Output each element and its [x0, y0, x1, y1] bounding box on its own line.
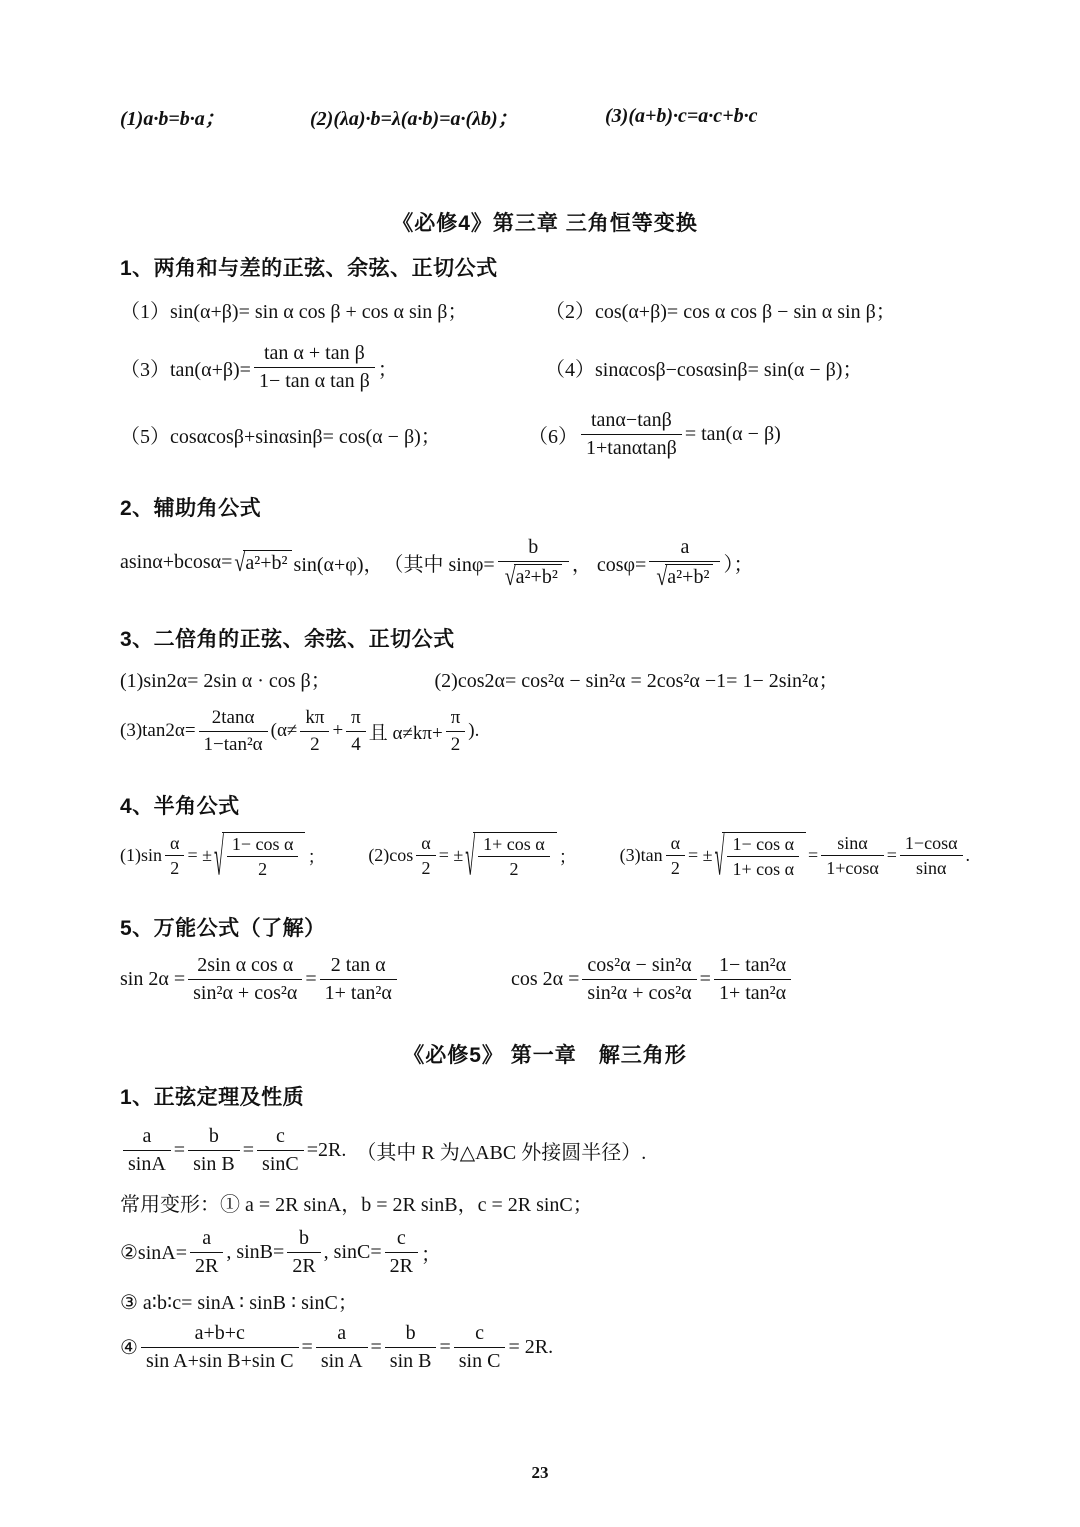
numerator: c	[385, 1227, 418, 1252]
square-root: √ 1− cos α 2	[214, 832, 305, 880]
numerator: tanα−tanβ	[581, 409, 682, 434]
fraction: 2sin α cos α sin²α + cos²α	[188, 954, 302, 1005]
square-root: √ a²+b²	[656, 564, 713, 589]
square-root: √ 1+ cos α 2	[465, 832, 556, 880]
section5-heading: 5、万能公式（了解）	[120, 912, 970, 942]
sine-rule-variant-4: ④ a+b+c sin A+sin B+sin C = a sin A = b …	[120, 1322, 970, 1373]
denominator: sin C	[454, 1347, 506, 1373]
denominator: 2R	[385, 1252, 418, 1278]
fraction: b √ a²+b²	[498, 536, 569, 589]
formula-tan-half: (3)tan α 2 = ± √ 1− cos α 1+ cos α = sin…	[620, 832, 970, 880]
sine-rule-note: （其中 R 为△ABC 外接圆半径）.	[356, 1136, 646, 1165]
numerator: 2tanα	[199, 707, 268, 731]
formula-dot-scalar: (2)(λa)·b=λ(a·b)=a·(λb)；	[310, 102, 605, 131]
radical-icon: √	[465, 831, 475, 883]
square-root: √ a²+b²	[234, 550, 291, 575]
denominator: 4	[346, 731, 366, 756]
numerator: 1− tan²α	[714, 954, 791, 979]
numerator: cos²α − sin²α	[582, 954, 696, 979]
numerator: b	[287, 1227, 320, 1252]
numerator: b	[498, 536, 569, 561]
formula-cos-half: (2)cos α 2 = ± √ 1+ cos α 2 ；	[368, 832, 576, 880]
radical-icon: √	[214, 831, 224, 883]
fraction: α 2	[416, 833, 435, 879]
page-number: 23	[0, 1463, 1080, 1483]
section1-heading: 1、两角和与差的正弦、余弦、正切公式	[120, 252, 970, 282]
radical-icon: √	[656, 564, 667, 590]
formula-sin2a-universal: sin 2α = 2sin α cos α sin²α + cos²α = 2 …	[120, 954, 511, 1005]
document-page: (1)a·b=b·a； (2)(λa)·b=λ(a·b)=a·(λb)； (3)…	[0, 0, 1080, 1527]
formula-dot-commutative: (1)a·b=b·a；	[120, 102, 310, 131]
denominator: 2R	[287, 1252, 320, 1278]
auxiliary-angle-formula: asinα+bcosα= √ a²+b² sin(α+φ)， （其中 sinφ=…	[120, 536, 970, 589]
fraction: a+b+c sin A+sin B+sin C	[141, 1322, 299, 1373]
double-angle-row1: (1)sin2α= 2sin α · cos β； (2)cos2α= cos²…	[120, 664, 970, 693]
section2-heading: 2、辅助角公式	[120, 492, 970, 522]
fraction: 1+ cos α 2	[478, 834, 550, 880]
formula-tan-diff: （6） tanα−tanβ 1+tanαtanβ = tan(α − β)	[528, 409, 781, 460]
denominator: sin²α + cos²α	[188, 979, 302, 1005]
numerator: c	[257, 1125, 304, 1150]
fraction: 1− cos α 1+ cos α	[727, 834, 799, 880]
numerator: π	[446, 707, 466, 731]
fraction: sinα 1+cosα	[821, 833, 884, 879]
formula-dot-distributive: (3)(a+b)·c=a·c+b·c	[605, 105, 757, 128]
numerator: a	[316, 1322, 368, 1347]
radical-icon: √	[505, 564, 516, 590]
fraction: π 4	[346, 707, 366, 756]
fraction: tanα−tanβ 1+tanαtanβ	[581, 409, 682, 460]
formula-sin-half: (1)sin α 2 = ± √ 1− cos α 2 ；	[120, 832, 325, 880]
fraction: tan α + tan β 1− tan α tan β	[254, 342, 375, 393]
sine-rule-variant-3: ③ a∶b∶c= sinA ∶ sinB ∶ sinC；	[120, 1286, 970, 1315]
numerator: tan α + tan β	[254, 342, 375, 367]
fraction: c sin C	[454, 1322, 506, 1373]
denominator: 2	[416, 855, 435, 879]
formula-cos2a-universal: cos 2α = cos²α − sin²α sin²α + cos²α = 1…	[511, 954, 794, 1005]
fraction: 1−cosα sinα	[900, 833, 963, 879]
denominator: 1−tan²α	[199, 731, 268, 756]
sum-difference-row2: （3）tan(α+β)= tan α + tan β 1− tan α tan …	[120, 342, 970, 393]
denominator: sinA	[123, 1150, 171, 1176]
numerator: 1− cos α	[727, 834, 799, 857]
m5-section1-heading: 1、正弦定理及性质	[120, 1081, 970, 1111]
numerator: α	[165, 833, 184, 856]
formula-sin-diff: （4）sinαcosβ−cosαsinβ= sin(α − β)；	[545, 353, 862, 382]
numerator: 1− cos α	[227, 834, 299, 857]
denominator: sin B	[188, 1150, 240, 1176]
numerator: a	[649, 536, 720, 561]
m5-chapter-title: 《必修5》 第一章 解三角形	[120, 1039, 970, 1069]
fraction: b sin B	[385, 1322, 437, 1373]
fraction: a 2R	[190, 1227, 223, 1278]
section3-heading: 3、二倍角的正弦、余弦、正切公式	[120, 623, 970, 653]
fraction: cos²α − sin²α sin²α + cos²α	[582, 954, 696, 1005]
denominator: 2	[227, 856, 299, 880]
fraction: b sin B	[188, 1125, 240, 1176]
denominator: 1+ cos α	[727, 856, 799, 880]
fraction: 2 tan α 1+ tan²α	[320, 954, 397, 1005]
denominator: 2	[446, 731, 466, 756]
formula-sin-2a: (1)sin2α= 2sin α · cos β；	[120, 664, 435, 693]
numerator: α	[666, 833, 685, 856]
denominator: 2	[300, 731, 329, 756]
numerator: a	[123, 1125, 171, 1150]
formula-tan-sum: （3）tan(α+β)= tan α + tan β 1− tan α tan …	[120, 342, 545, 393]
numerator: b	[385, 1322, 437, 1347]
denominator: 2	[666, 855, 685, 879]
denominator: sinα	[900, 855, 963, 879]
half-angle-row: (1)sin α 2 = ± √ 1− cos α 2 ； (2)cos α	[120, 832, 970, 880]
fraction: a sinA	[123, 1125, 171, 1176]
numerator: α	[416, 833, 435, 856]
sine-rule-formula: a sinA = b sin B = c sinC =2R. （其中 R 为△A…	[120, 1125, 970, 1176]
square-root: √ 1− cos α 1+ cos α	[715, 832, 806, 880]
fraction: 1− tan²α 1+ tan²α	[714, 954, 791, 1005]
formula-cos-2a: (2)cos2α= cos²α − sin²α = 2cos²α −1= 1− …	[435, 664, 839, 693]
denominator: 1+ tan²α	[320, 979, 397, 1005]
fraction: b 2R	[287, 1227, 320, 1278]
vector-dot-product-line: (1)a·b=b·a； (2)(λa)·b=λ(a·b)=a·(λb)； (3)…	[120, 102, 970, 131]
denominator: 1+tanαtanβ	[581, 434, 682, 460]
formula-sin-sum: （1）sin(α+β)= sin α cos β + cos α sin β；	[120, 295, 545, 324]
numerator: 2sin α cos α	[188, 954, 302, 979]
numerator: c	[454, 1322, 506, 1347]
numerator: kπ	[300, 707, 329, 731]
denominator: sin A+sin B+sin C	[141, 1347, 299, 1373]
numerator: a	[190, 1227, 223, 1252]
denominator: sin B	[385, 1347, 437, 1373]
fraction: a √ a²+b²	[649, 536, 720, 589]
numerator: 1+ cos α	[478, 834, 550, 857]
denominator: 1+cosα	[821, 855, 884, 879]
denominator: 1+ tan²α	[714, 979, 791, 1005]
numerator: π	[346, 707, 366, 731]
formula-cos-sum: （2）cos(α+β)= cos α cos β − sin α sin β；	[545, 295, 896, 324]
radical-icon: √	[234, 550, 245, 576]
section4-heading: 4、半角公式	[120, 790, 970, 820]
numerator: a+b+c	[141, 1322, 299, 1347]
denominator: sin A	[316, 1347, 368, 1373]
formula-cos-diff: （5）cosαcosβ+sinαsinβ= cos(α − β)；	[120, 420, 528, 449]
fraction: 2tanα 1−tan²α	[199, 707, 268, 756]
denominator: 2	[165, 855, 184, 879]
denominator: √ a²+b²	[649, 561, 720, 589]
fraction: π 2	[446, 707, 466, 756]
numerator: 2 tan α	[320, 954, 397, 979]
fraction: α 2	[165, 833, 184, 879]
denominator: 2	[478, 856, 550, 880]
fraction: c sinC	[257, 1125, 304, 1176]
sum-difference-row3: （5）cosαcosβ+sinαsinβ= cos(α − β)； （6） ta…	[120, 409, 970, 460]
denominator: sin²α + cos²α	[582, 979, 696, 1005]
fraction: kπ 2	[300, 707, 329, 756]
sum-difference-row1: （1）sin(α+β)= sin α cos β + cos α sin β； …	[120, 295, 970, 324]
sine-rule-variant-2: ②sinA= a 2R , sinB= b 2R , sinC= c 2R ；	[120, 1227, 970, 1278]
denominator: 2R	[190, 1252, 223, 1278]
square-root: √ a²+b²	[505, 564, 562, 589]
numerator: b	[188, 1125, 240, 1150]
universal-formula-row: sin 2α = 2sin α cos α sin²α + cos²α = 2 …	[120, 954, 970, 1005]
numerator: sinα	[821, 833, 884, 856]
fraction: c 2R	[385, 1227, 418, 1278]
denominator: 1− tan α tan β	[254, 367, 375, 393]
denominator: sinC	[257, 1150, 304, 1176]
fraction: a sin A	[316, 1322, 368, 1373]
radical-icon: √	[715, 831, 725, 883]
sine-rule-variant-1: 常用变形：① a = 2R sinA，b = 2R sinB，c = 2R si…	[120, 1188, 970, 1217]
m4-chapter-title: 《必修4》第三章 三角恒等变换	[120, 207, 970, 237]
numerator: 1−cosα	[900, 833, 963, 856]
formula-tan-2a: (3)tan2α= 2tanα 1−tan²α (α≠ kπ 2 + π 4 且…	[120, 707, 970, 756]
denominator: √ a²+b²	[498, 561, 569, 589]
fraction: α 2	[666, 833, 685, 879]
fraction: 1− cos α 2	[227, 834, 299, 880]
